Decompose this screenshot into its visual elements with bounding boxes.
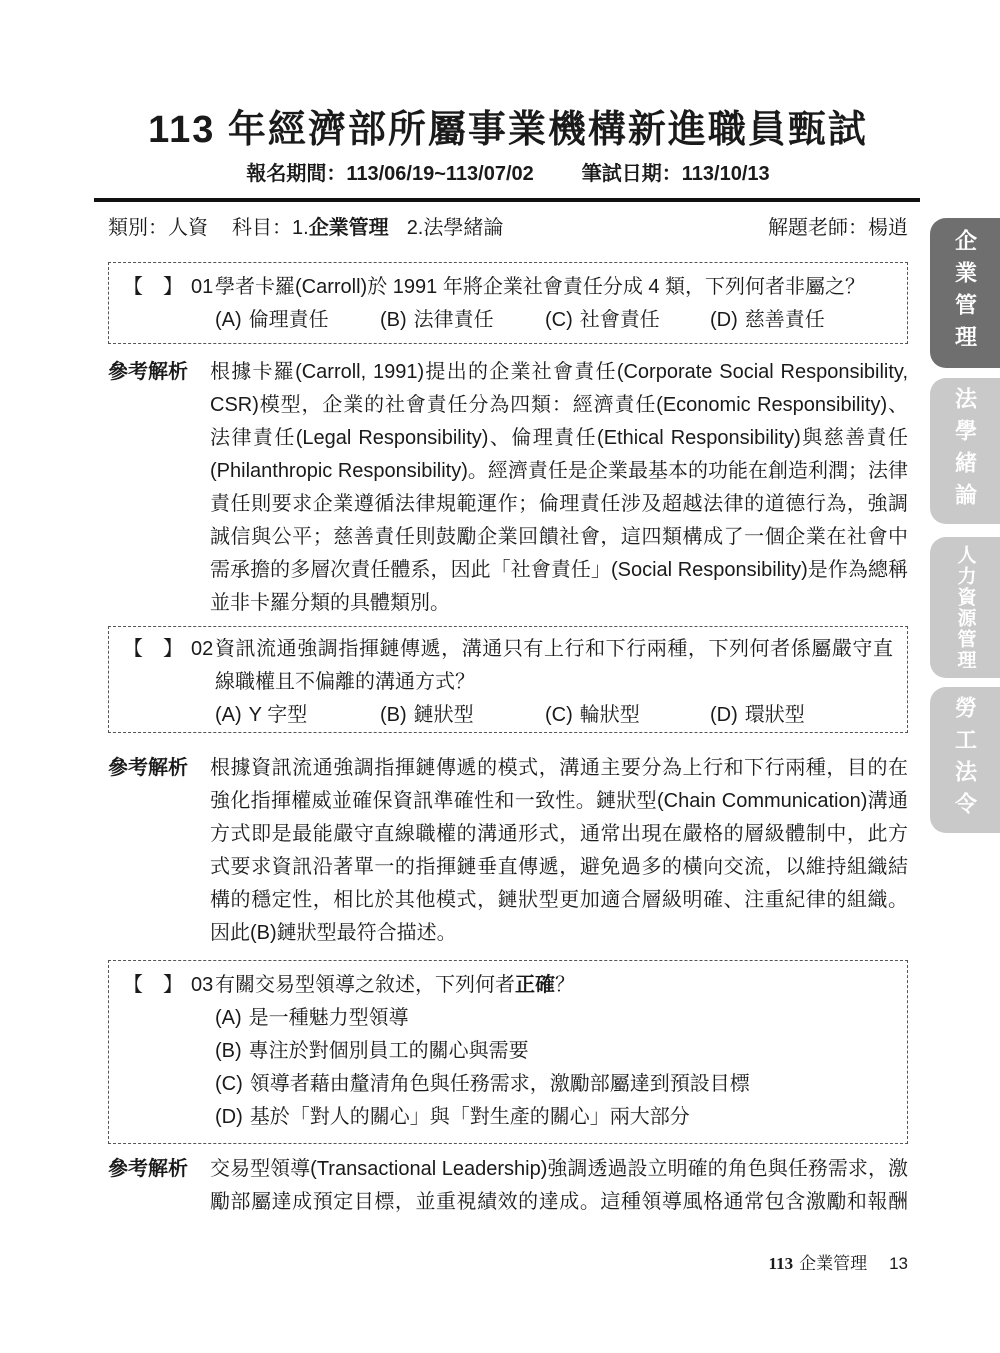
question-text: 資訊流通強調指揮鏈傳遞，溝通只有上行和下行兩種，下列何者係屬嚴守直線職權且不偏離… — [215, 633, 893, 699]
answer-bracket: 【 】 — [123, 974, 183, 996]
option-c-label: (C) — [215, 1073, 243, 1095]
footer-page-number: 13 — [889, 1254, 908, 1273]
question-box-02: 【 】02. 資訊流通強調指揮鏈傳遞，溝通只有上行和下行兩種，下列何者係屬嚴守直… — [108, 626, 908, 733]
options-row: (A)Y 字型 (B)鏈狀型 (C)輪狀型 (D)環狀型 — [215, 699, 893, 732]
page-content: 113 年經濟部所屬事業機構新進職員甄試 報名期間：113/06/19~113/… — [108, 0, 908, 1219]
option-a-label: (A) — [215, 1007, 242, 1029]
question-number: 03. — [191, 974, 215, 996]
option-c-text: 輪狀型 — [580, 704, 640, 726]
sidebar-tab-business-management: 企業管理 — [930, 218, 1000, 368]
analysis-block-02: 參考解析 根據資訊流通強調指揮鏈傳遞的模式，溝通主要分為上行和下行兩種，目的在強… — [108, 752, 908, 950]
question-box-01: 【 】01. 學者卡羅(Carroll)於 1991 年將企業社會責任分成 4 … — [108, 262, 908, 344]
question-text-bold: 正確 — [515, 974, 555, 996]
option-a-label: (A) — [215, 309, 242, 331]
analysis-label: 參考解析 — [108, 752, 210, 950]
question-row: 【 】02. 資訊流通強調指揮鏈傳遞，溝通只有上行和下行兩種，下列何者係屬嚴守直… — [123, 633, 893, 732]
option-b-label: (B) — [380, 309, 407, 331]
option-a-text: 倫理責任 — [249, 309, 329, 331]
analysis-text: 交易型領導(Transactional Leadership)強調透過設立明確的… — [210, 1153, 908, 1219]
option-d-text: 基於「對人的關心」與「對生產的關心」兩大部分 — [250, 1106, 690, 1128]
analysis-label: 參考解析 — [108, 1153, 210, 1219]
answer-bracket-and-number: 【 】02. — [123, 633, 215, 732]
option-d-label: (D) — [710, 309, 738, 331]
answer-bracket: 【 】 — [123, 276, 183, 298]
option-b: (B)鏈狀型 — [380, 699, 545, 732]
option-b-text: 法律責任 — [414, 309, 494, 331]
option-c: (C)輪狀型 — [545, 699, 710, 732]
analysis-text: 根據卡羅(Carroll, 1991)提出的企業社會責任(Corporate S… — [210, 356, 908, 620]
option-b-text: 鏈狀型 — [414, 704, 474, 726]
option-c-text: 領導者藉由釐清角色與任務需求，激勵部屬達到預設目標 — [250, 1073, 750, 1095]
question-text: 學者卡羅(Carroll)於 1991 年將企業社會責任分成 4 類，下列何者非… — [215, 271, 893, 304]
question-body: 學者卡羅(Carroll)於 1991 年將企業社會責任分成 4 類，下列何者非… — [215, 271, 893, 337]
sidebar-tab-human-resource-management: 人力資源管理 — [930, 537, 1000, 678]
option-d: (D)慈善責任 — [710, 304, 875, 337]
sidebar-tab-intro-to-law: 法學緒論 — [930, 378, 1000, 524]
subject-primary: 企業管理 — [309, 217, 389, 239]
analysis-label: 參考解析 — [108, 356, 210, 620]
sidebar-tab-label: 人力資源管理 — [952, 545, 979, 671]
option-b-label: (B) — [215, 1040, 242, 1062]
question-body: 資訊流通強調指揮鏈傳遞，溝通只有上行和下行兩種，下列何者係屬嚴守直線職權且不偏離… — [215, 633, 893, 732]
sidebar-tab-labor-law: 勞工法令 — [930, 687, 1000, 833]
option-b: (B)專注於對個別員工的關心與需要 — [215, 1035, 893, 1068]
analysis-block-01: 參考解析 根據卡羅(Carroll, 1991)提出的企業社會責任(Corpor… — [108, 356, 908, 620]
option-c-label: (C) — [545, 309, 573, 331]
answer-bracket-and-number: 【 】01. — [123, 271, 215, 337]
analysis-text: 根據資訊流通強調指揮鏈傳遞的模式，溝通主要分為上行和下行兩種，目的在強化指揮權威… — [210, 752, 908, 950]
option-a: (A)Y 字型 — [215, 699, 380, 732]
option-d: (D)基於「對人的關心」與「對生產的關心」兩大部分 — [215, 1101, 893, 1134]
question-text-main: 有關交易型領導之敘述，下列何者 — [215, 974, 515, 996]
option-a-label: (A) — [215, 704, 242, 726]
question-text-main: 資訊流通強調指揮鏈傳遞，溝通只有上行和下行兩種，下列何者係屬嚴守直線職權且不偏離… — [215, 638, 893, 693]
written-exam-date: 筆試日期：113/10/13 — [582, 160, 770, 188]
option-a-text: 是一種魅力型領導 — [249, 1007, 409, 1029]
answer-bracket: 【 】 — [123, 638, 183, 660]
sidebar-tab-label: 企業管理 — [950, 229, 981, 357]
question-text: 有關交易型領導之敘述，下列何者正確？ — [215, 969, 893, 1002]
category-line: 類別：人資科目：1.企業管理2.法學緒論 解題老師：楊逍 — [108, 215, 908, 241]
category-label: 類別：人資 — [108, 217, 208, 239]
option-c-text: 社會責任 — [580, 309, 660, 331]
registration-period: 報名期間：113/06/19~113/07/02 — [246, 160, 533, 188]
footer-year: 113 — [769, 1254, 794, 1273]
teacher-label: 解題老師：楊逍 — [768, 215, 908, 241]
option-d-text: 環狀型 — [745, 704, 805, 726]
analysis-block-03: 參考解析 交易型領導(Transactional Leadership)強調透過… — [108, 1153, 908, 1219]
option-a: (A)倫理責任 — [215, 304, 380, 337]
exam-solution-page: 113 年經濟部所屬事業機構新進職員甄試 報名期間：113/06/19~113/… — [0, 0, 1000, 1353]
question-number: 01. — [191, 276, 215, 298]
option-a: (A)是一種魅力型領導 — [215, 1002, 893, 1035]
footer-subject: 企業管理 — [799, 1254, 867, 1273]
question-row: 【 】01. 學者卡羅(Carroll)於 1991 年將企業社會責任分成 4 … — [123, 271, 893, 337]
question-text-main: 學者卡羅(Carroll)於 1991 年將企業社會責任分成 4 類，下列何者非… — [215, 276, 865, 298]
option-d: (D)環狀型 — [710, 699, 875, 732]
option-d-label: (D) — [710, 704, 738, 726]
question-number: 02. — [191, 638, 215, 660]
subject-secondary: 2.法學緒論 — [407, 217, 504, 239]
option-b-text: 專注於對個別員工的關心與需要 — [249, 1040, 529, 1062]
page-footer: 113企業管理13 — [769, 1253, 908, 1275]
question-row: 【 】03. 有關交易型領導之敘述，下列何者正確？ (A)是一種魅力型領導 (B… — [123, 969, 893, 1134]
option-d-text: 慈善責任 — [745, 309, 825, 331]
options-column: (A)是一種魅力型領導 (B)專注於對個別員工的關心與需要 (C)領導者藉由釐清… — [215, 1002, 893, 1134]
option-c: (C)領導者藉由釐清角色與任務需求，激勵部屬達到預設目標 — [215, 1068, 893, 1101]
answer-bracket-and-number: 【 】03. — [123, 969, 215, 1134]
option-a-text: Y 字型 — [249, 704, 308, 726]
option-c: (C)社會責任 — [545, 304, 710, 337]
question-text-suffix: ？ — [555, 974, 575, 996]
option-b-label: (B) — [380, 704, 407, 726]
category-subjects: 類別：人資科目：1.企業管理2.法學緒論 — [108, 215, 503, 241]
options-row: (A)倫理責任 (B)法律責任 (C)社會責任 (D)慈善責任 — [215, 304, 893, 337]
exam-dates-line: 報名期間：113/06/19~113/07/02 筆試日期：113/10/13 — [108, 160, 908, 188]
page-title: 113 年經濟部所屬事業機構新進職員甄試 — [108, 106, 908, 154]
subject-prefix: 科目：1. — [232, 217, 309, 239]
header-divider — [94, 198, 920, 202]
option-c-label: (C) — [545, 704, 573, 726]
option-d-label: (D) — [215, 1106, 243, 1128]
sidebar-tab-label: 勞工法令 — [950, 696, 981, 824]
question-body: 有關交易型領導之敘述，下列何者正確？ (A)是一種魅力型領導 (B)專注於對個別… — [215, 969, 893, 1134]
sidebar-tab-label: 法學緒論 — [950, 387, 981, 515]
option-b: (B)法律責任 — [380, 304, 545, 337]
question-box-03: 【 】03. 有關交易型領導之敘述，下列何者正確？ (A)是一種魅力型領導 (B… — [108, 960, 908, 1144]
